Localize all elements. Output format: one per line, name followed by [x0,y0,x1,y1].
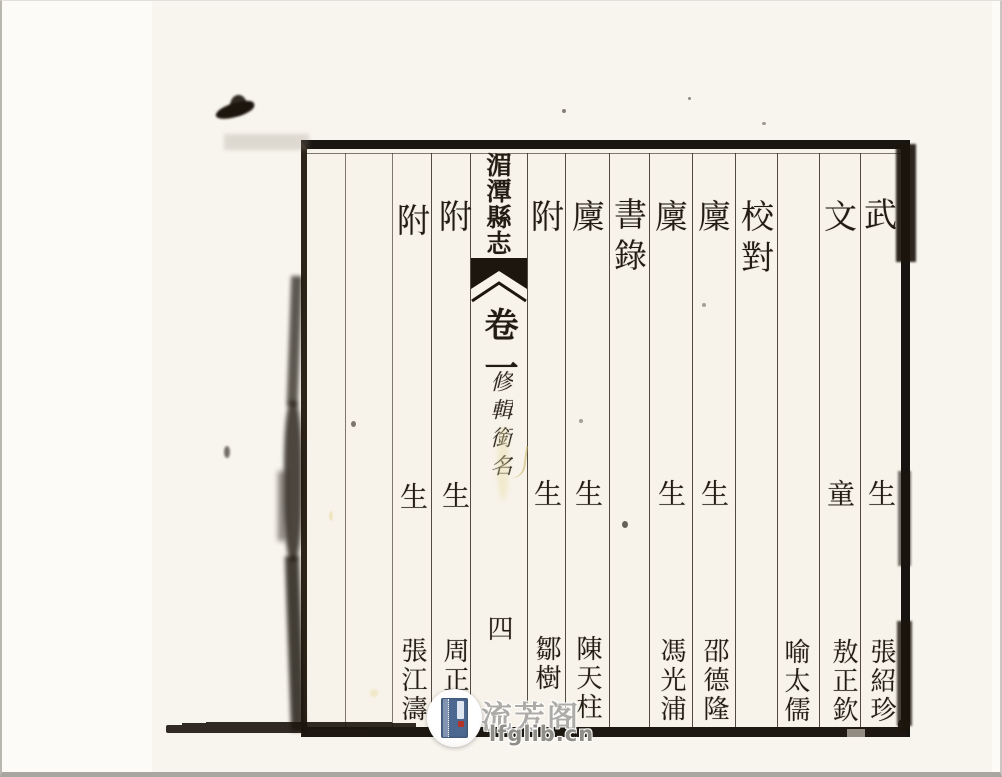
ink-speck [762,122,766,125]
column-rule [431,153,432,727]
column-rule [565,153,566,727]
person-name: 鄒樹 [533,635,559,693]
status-label: 生 [573,479,601,511]
ink-speck [688,97,691,100]
status-label: 生 [866,479,894,511]
red-seal-icon [458,721,464,727]
ink-smear [284,401,302,561]
person-name: 張紹珍 [868,638,894,725]
paper-stain [329,511,333,521]
rank-label: 文 [822,199,855,240]
paper-stain [497,426,509,501]
rank-label: 書錄 [612,197,645,279]
ink-speck [702,303,706,307]
book-icon [441,698,468,738]
ink-blot [898,719,910,732]
fishtail-ornament-icon [471,257,527,309]
column-rule [860,153,861,727]
book-spine-stitches [443,699,449,737]
rank-label: 廩 [653,199,686,240]
status-label: 生 [532,479,560,511]
status-label: 生 [656,479,684,511]
person-name: 馮光浦 [658,637,684,724]
site-logo [427,689,482,747]
rank-label: 廩 [570,199,603,240]
status-label: 生 [699,479,727,511]
ink-smear [224,134,309,150]
ink-speck [579,419,583,423]
border-gap [847,729,865,737]
watermark-site-url: lfglib.cn [489,722,594,746]
ink-smear [278,471,286,541]
inner-top-rule [307,153,902,154]
paper-stain [370,689,378,697]
book-title-label [457,701,464,719]
ink-smear [897,621,912,726]
rank-label: 附 [529,199,562,240]
ink-smear [898,471,911,566]
column-rule [777,153,778,727]
ink-speck [622,521,628,528]
person-name: 周正 [441,637,467,695]
scanned-page: 武 生 張紹珍 文 童 敖正欽 喻太儒 校對 廩 生 邵德隆 廩 生 馮光浦 書… [0,0,1002,777]
column-rule [345,153,346,727]
folio-number: 四 [485,615,511,641]
ink-speck [351,421,356,427]
rank-label: 附 [395,203,428,244]
rank-label: 武 [862,197,895,238]
person-name: 張江濤 [399,637,425,724]
status-label: 生 [398,482,426,514]
ink-speck [562,109,566,113]
rank-label: 附 [437,199,470,240]
rank-label: 廩 [696,199,729,240]
ink-smear [896,144,916,262]
person-name: 喻太儒 [782,638,808,725]
ink-smear [166,725,306,733]
status-label: 生 [440,481,468,513]
status-label: 童 [825,479,853,511]
ink-speck [224,446,230,458]
person-name: 邵德隆 [701,637,727,724]
rank-label: 校對 [739,199,772,281]
person-name: 敖正欽 [830,638,856,725]
book-title: 湄潭縣志 [485,152,510,256]
